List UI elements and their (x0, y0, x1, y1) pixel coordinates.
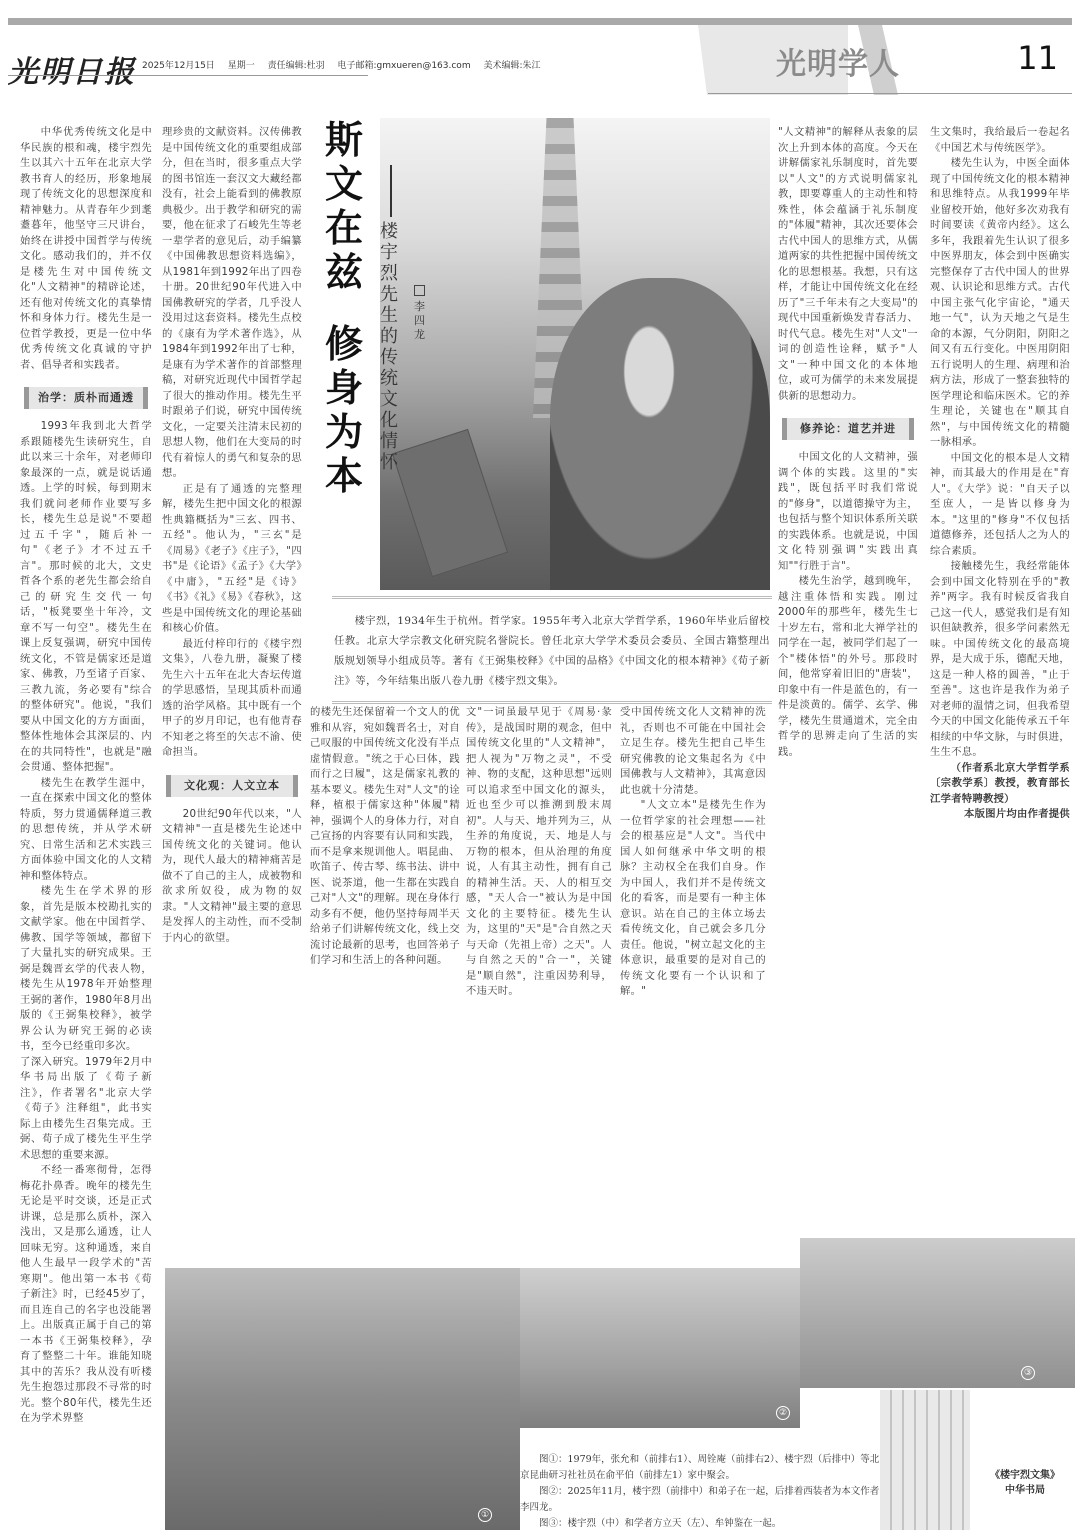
book-image (392, 429, 508, 577)
book-publisher: 中华书局 (975, 1483, 1075, 1498)
page-number: 11 (1017, 39, 1058, 77)
photo-number: ③ (1021, 1366, 1035, 1380)
paragraph: 楼先生治学，越到晚年，越注重体悟和实践。刚过2000年的那些年，楼先生七十岁左右… (778, 574, 918, 760)
paragraph: 文"一词虽最早见于《周易·彖传》，是战国时期的观念，但中国传统文化里的"人文精神… (466, 705, 612, 1000)
paragraph: 楼先生在教学生涯中，一直在探索中国文化的整体特质，努力贯通儒释道三教的思想传统，… (20, 776, 152, 885)
column-4: 文"一词虽最早见于《周易·彖传》，是战国时期的观念，但中国传统文化里的"人文精神… (466, 705, 612, 1265)
bio-text: 楼宇烈，1934年生于杭州。哲学家。1955年考入北京大学哲学系，1960年毕业… (334, 611, 770, 691)
paragraph: 楼先生认为，中医全面体现了中国传统文化的根本精神和思维特点。从我1999年毕业留… (930, 156, 1070, 451)
photo-number: ② (776, 1406, 790, 1420)
book-caption: 《楼宇烈文集》 中华书局 (975, 1468, 1075, 1498)
caption-3: 图③：楼宇烈（中）和学者方立天（左）、牟钟鉴在一起。 (520, 1516, 880, 1532)
section-heading-culture: 文化观：人文立本 (166, 775, 298, 797)
paragraph: 中国文化的人文精神，强调个体的实践。这里的"实践"，既包括平时我们常说的"修身"… (778, 450, 918, 574)
portrait-photo (380, 118, 770, 590)
author-credit: （作者系北京大学哲学系〔宗教学系〕教授，教育部长江学者特聘教授） (930, 761, 1070, 808)
photo-captions: 图①：1979年，张允和（前排右1）、周铨庵（前排右2）、楼宇烈（后排中）等北京… (520, 1452, 880, 1532)
masthead: 光明日报 2025年12月15日 星期一 责任编辑:杜羽 电子邮箱:gmxuer… (8, 25, 1072, 95)
paragraph: 了深入研究。1979年2月中华书局出版了《荀子新注》，作者署名"北京大学《荀子》… (20, 1055, 152, 1164)
bio-box: 楼宇烈，1934年生于杭州。哲学家。1955年考入北京大学哲学系，1960年毕业… (332, 596, 772, 704)
paragraph: 1993年我到北大哲学系跟随楼先生读研究生，自此以来三十余年，对老师印象最深的一… (20, 419, 152, 776)
paragraph: 接触楼先生，我经常能体会到中国文化特别在乎的"教养"两字。我有时候反省我自己这一… (930, 559, 1070, 761)
paragraph: 中华优秀传统文化是中华民族的根和魂，楼宇烈先生以其六十五年在北京大学教书育人的经… (20, 125, 152, 373)
paragraph: 生文集时，我给最后一卷起名《中国艺术与传统医学》。 (930, 125, 1070, 156)
paragraph: 的楼先生还保留着一个文人的优雅和从容，宛如魏晋名士，对自己叹服的中国传统文化没有… (310, 705, 460, 969)
column-6: "人文精神"的解释从表象的层次上升到本体的高度。今天在讲解儒家礼乐制度时，首先要… (778, 125, 918, 1235)
photo-credit: 本版图片均由作者提供 (930, 807, 1070, 823)
column-3: 的楼先生还保留着一个文人的优雅和从容，宛如魏晋名士，对自己叹服的中国传统文化没有… (310, 705, 460, 1265)
caption-2: 图②：2025年11月，楼宇烈（前排中）和弟子在一起，后排着西装者为本文作者李四… (520, 1484, 880, 1516)
book-title: 《楼宇烈文集》 (975, 1468, 1075, 1483)
masthead-top-bar (8, 18, 1072, 25)
paragraph: 正是有了通透的完整理解，楼先生把中国文化的根源性典籍概括为"三玄、四书、五经"。… (162, 482, 302, 637)
photo-number: ① (478, 1508, 492, 1522)
section-name: 光明学人 (776, 39, 900, 83)
section-tab-area: 光明学人 11 (8, 25, 1072, 95)
headline: 斯文在兹 修身为本 (325, 118, 367, 498)
paragraph: 20世纪90年代以来，"人文精神"一直是楼先生论述中国传统文化的关键词。他认为，… (162, 807, 302, 947)
photo-2-students: ② (520, 1268, 800, 1428)
paragraph: 受中国传统文化人文精神的洗礼，否则也不可能在中国社会立足生存。楼先生把自己毕生研… (620, 705, 766, 798)
masthead-divider-right (708, 93, 1072, 94)
headline-part-1: 斯文在兹 (325, 118, 367, 294)
paragraph: 不经一番寒彻骨，怎得梅花扑鼻香。晚年的楼先生无论是平时交谈，还是正式讲课，总是那… (20, 1163, 152, 1427)
column-5: 受中国传统文化人文精神的洗礼，否则也不可能在中国社会立足生存。楼先生把自己毕生研… (620, 705, 766, 1265)
book-collection-photo (880, 1390, 970, 1530)
subtitle-dash (390, 165, 392, 217)
paragraph: 理珍贵的文献资料。汉传佛教是中国传统文化的重要组成部分，但在当时，很多重点大学的… (162, 125, 302, 482)
subtitle: 楼宇烈先生的传统文化情怀 (380, 165, 402, 473)
section-heading-scholarship: 治学：质朴而通透 (24, 387, 148, 409)
byline: 李四龙 (414, 285, 428, 342)
headline-part-2: 修身为本 (325, 322, 367, 498)
paragraph: 中国文化的根本是人文精神，而其最大的作用是在"育人"。《大学》说："自天子以至庶… (930, 451, 1070, 560)
paragraph: 楼先生在学术界的形象，首先是版本校勘扎实的文献学家。他在中国哲学、佛教、国学等领… (20, 884, 152, 1055)
caption-1: 图①：1979年，张允和（前排右1）、周铨庵（前排右2）、楼宇烈（后排中）等北京… (520, 1452, 880, 1484)
paragraph: "人文立本"是楼先生作为一位哲学家的社会理想——社会的根基应是"人文"。当代中国… (620, 798, 766, 1000)
section-heading-cultivation: 修养论：道艺并进 (782, 418, 914, 440)
person-image (550, 278, 770, 590)
column-7: 生文集时，我给最后一卷起名《中国艺术与传统医学》。 楼先生认为，中医全面体现了中… (930, 125, 1070, 1235)
byline-box-icon (414, 285, 425, 296)
photo-3-scholars: ③ (800, 1238, 1075, 1388)
column-2: 理珍贵的文献资料。汉传佛教是中国传统文化的重要组成部分，但在当时，很多重点大学的… (162, 125, 302, 1265)
photo-1-group-gathering: ① (165, 1268, 520, 1530)
paragraph: "人文精神"的解释从表象的层次上升到本体的高度。今天在讲解儒家礼乐制度时，首先要… (778, 125, 918, 404)
column-1: 中华优秀传统文化是中华民族的根和魂，楼宇烈先生以其六十五年在北京大学教书育人的经… (20, 125, 152, 1530)
author-name: 李四龙 (414, 300, 425, 341)
paragraph: 最近付梓印行的《楼宇烈文集》，八卷九册，凝聚了楼先生六十五年在北大杏坛传道的学思… (162, 637, 302, 761)
